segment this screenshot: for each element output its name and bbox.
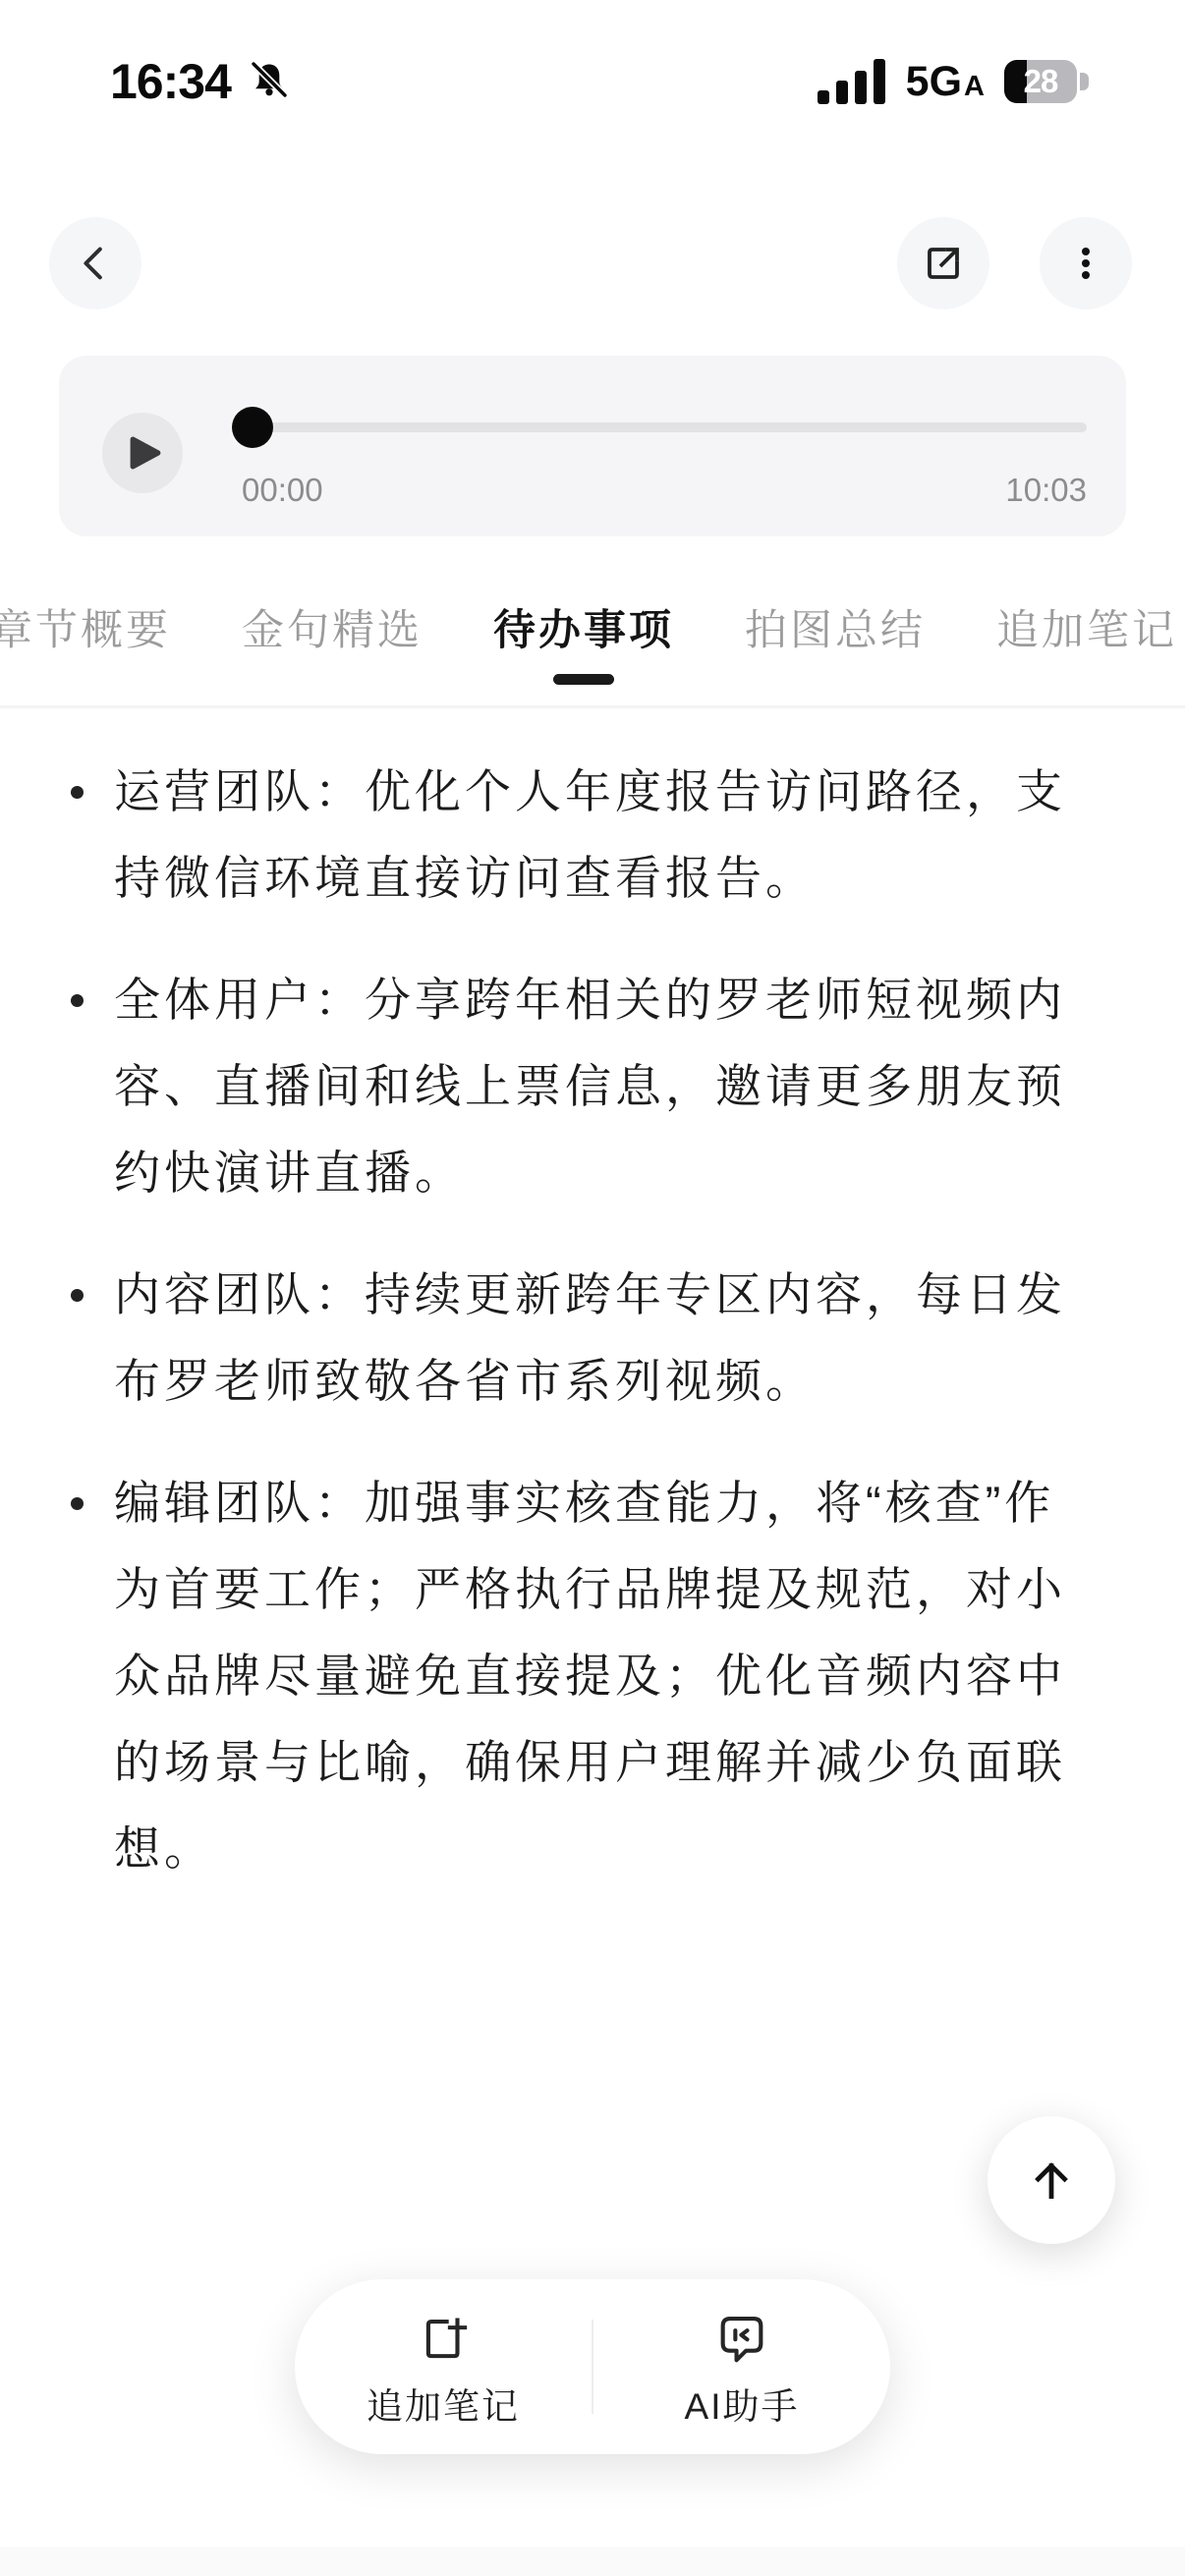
tab-additional-notes[interactable]: 追加笔记 [996,601,1177,660]
kebab-menu-icon [1062,240,1109,287]
back-button[interactable] [49,217,141,309]
battery-percent: 28 [1004,60,1077,103]
todo-item: 全体用户：分享跨年相关的罗老师短视频内容、直播间和线上票信息，邀请更多朋友预约快… [69,957,1087,1216]
play-icon [123,436,162,470]
notifications-off-icon [247,59,292,104]
tab-chapter-summary[interactable]: 章节概要 [0,601,171,660]
bottom-action-bar: 追加笔记 AI助手 [295,2279,890,2454]
todo-item: 编辑团队：加强事实核查能力，将“核查”作为首要工作；严格执行品牌提及规范，对小众… [69,1460,1087,1892]
scroll-to-top-button[interactable] [987,2116,1115,2244]
ai-assistant-button[interactable]: AI助手 [593,2279,890,2454]
play-button[interactable] [102,413,183,493]
share-export-icon [920,240,967,287]
todo-item: 内容团队：持续更新跨年专区内容，每日发布罗老师致敬各省市系列视频。 [69,1252,1087,1425]
todo-item: 运营团队：优化个人年度报告访问路径，支持微信环境直接访问查看报告。 [69,749,1087,922]
battery-icon: 28 [1004,60,1089,103]
ai-chat-bubble-icon [713,2310,770,2367]
status-time: 16:34 [110,53,231,110]
audio-player-card: 00:00 10:03 [59,356,1126,536]
signal-strength-icon [818,59,886,104]
status-bar: 16:34 5G A 28 [0,49,1185,114]
progress-track[interactable] [252,422,1087,432]
todo-list: 运营团队：优化个人年度报告访问路径，支持微信环境直接访问查看报告。 全体用户：分… [69,749,1087,1928]
add-note-label: 追加笔记 [367,2377,520,2430]
total-duration: 10:03 [1005,472,1087,509]
tabs-divider [0,705,1185,708]
add-note-button[interactable]: 追加笔记 [295,2279,592,2454]
tab-todo-items[interactable]: 待办事项 [493,601,674,660]
elapsed-time: 00:00 [242,472,323,509]
home-indicator-area [0,2547,1185,2576]
summary-tabs: 章节概要 金句精选 待办事项 拍图总结 追加笔记 [0,601,1177,660]
tab-golden-quotes[interactable]: 金句精选 [242,601,423,660]
tab-photo-summary[interactable]: 拍图总结 [745,601,926,660]
share-button[interactable] [897,217,989,309]
arrow-up-icon [1025,2154,1078,2207]
more-menu-button[interactable] [1040,217,1132,309]
ai-assistant-label: AI助手 [685,2377,800,2430]
network-type-label: 5G A [906,58,985,106]
back-chevron-icon [73,241,118,286]
note-plus-icon [415,2310,472,2367]
progress-thumb[interactable] [232,407,273,448]
